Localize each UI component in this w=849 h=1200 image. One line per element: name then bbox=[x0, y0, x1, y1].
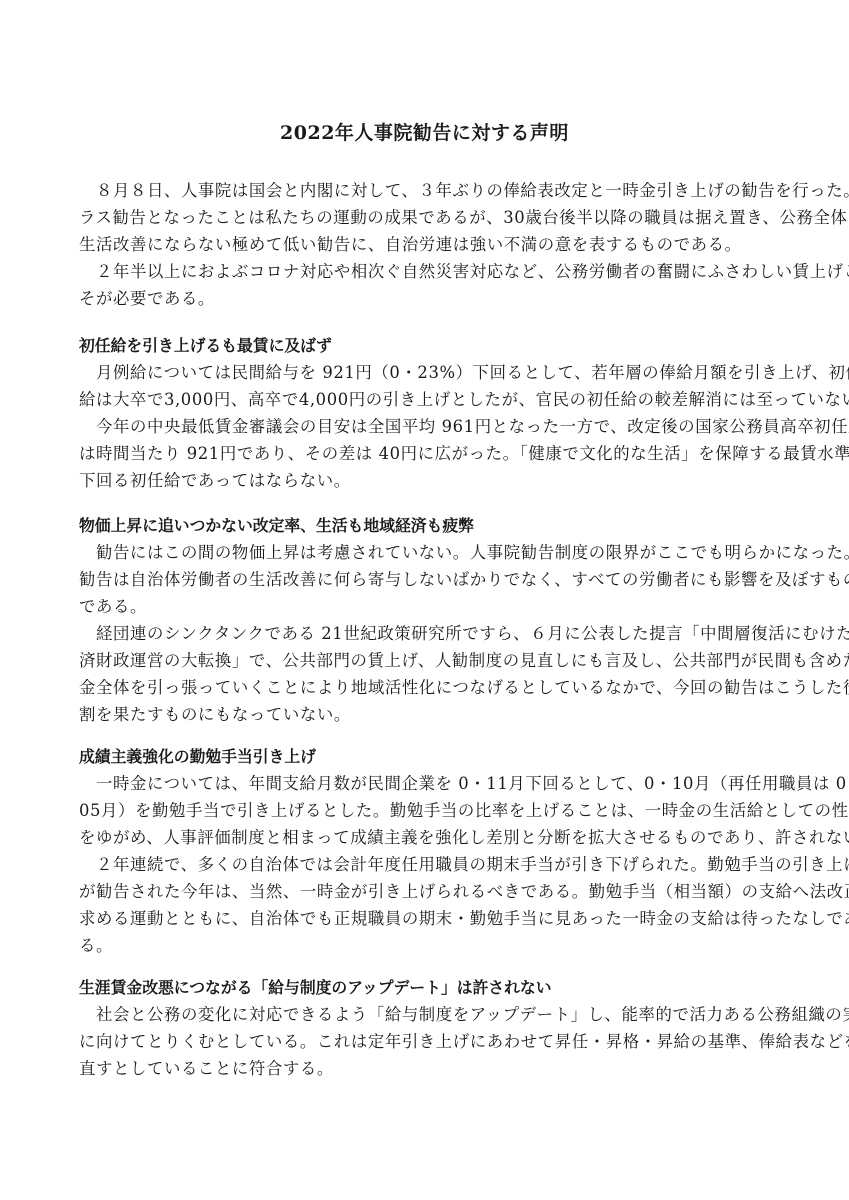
text-line: 社会と公務の変化に対応できるよう「給与制度をアップデート」し、能率的で活力ある公… bbox=[79, 1001, 779, 1028]
text-line: 一時金については、年間支給月数が民間企業を 0・11月下回るとして、0・10月（… bbox=[79, 770, 779, 797]
text-line: ラス勧告となったことは私たちの運動の成果であるが、30歳台後半以降の職員は据え置… bbox=[79, 204, 779, 231]
text-line: そが必要である。 bbox=[79, 285, 779, 312]
text-line: 05月）を勤勉手当で引き上げるとした。勤勉手当の比率を上げることは、一時金の生活… bbox=[79, 797, 779, 824]
text-line: ２年半以上におよぶコロナ対応や相次ぐ自然災害対応など、公務労働者の奮闘にふさわし… bbox=[79, 258, 779, 285]
document-title: 2022年人事院勧告に対する声明 bbox=[0, 118, 849, 145]
text-line: が勧告された今年は、当然、一時金が引き上げられるべきである。勤勉手当（相当額）の… bbox=[79, 878, 779, 905]
text-line: 割を果たすものにもなっていない。 bbox=[79, 701, 779, 728]
section-heading: 初任給を引き上げるも最賃に及ばず bbox=[79, 332, 779, 359]
section-diligence-allowance: 成績主義強化の勤勉手当引き上げ 一時金については、年間支給月数が民間企業を 0・… bbox=[79, 743, 779, 959]
section-heading: 生涯賃金改悪につながる「給与制度のアップデート」は許されない bbox=[79, 974, 779, 1001]
section-price-rise: 物価上昇に追いつかない改定率、生活も地域経済も疲弊 勧告にはこの間の物価上昇は考… bbox=[79, 512, 779, 728]
document-page: 2022年人事院勧告に対する声明 ８月８日、人事院は国会と内閣に対して、３年ぶり… bbox=[0, 0, 849, 1200]
text-line: る。 bbox=[79, 932, 779, 959]
text-line: 求める運動とともに、自治体でも正規職員の期末・勤勉手当に見あった一時金の支給は待… bbox=[79, 905, 779, 932]
section-salary-system-update: 生涯賃金改悪につながる「給与制度のアップデート」は許されない 社会と公務の変化に… bbox=[79, 974, 779, 1082]
text-line: ８月８日、人事院は国会と内閣に対して、３年ぶりの俸給表改定と一時金引き上げの勧告… bbox=[79, 177, 779, 204]
text-line: に向けてとりくむとしている。これは定年引き上げにあわせて昇任・昇格・昇給の基準、… bbox=[79, 1028, 779, 1055]
text-line: 下回る初任給であってはならない。 bbox=[79, 467, 779, 494]
intro-paragraphs: ８月８日、人事院は国会と内閣に対して、３年ぶりの俸給表改定と一時金引き上げの勧告… bbox=[79, 177, 779, 312]
section-starting-salary: 初任給を引き上げるも最賃に及ばず 月例給については民間給与を 921円（0・23… bbox=[79, 332, 779, 494]
section-heading: 成績主義強化の勤勉手当引き上げ bbox=[79, 743, 779, 770]
text-line: 月例給については民間給与を 921円（0・23%）下回るとして、若年層の俸給月額… bbox=[79, 359, 779, 386]
text-line: 直すとしていることに符合する。 bbox=[79, 1055, 779, 1082]
text-line: 生活改善にならない極めて低い勧告に、自治労連は強い不満の意を表するものである。 bbox=[79, 231, 779, 258]
text-line: ２年連続で、多くの自治体では会計年度任用職員の期末手当が引き下げられた。勤勉手当… bbox=[79, 851, 779, 878]
text-line: 勧告にはこの間の物価上昇は考慮されていない。人事院勧告制度の限界がここでも明らか… bbox=[79, 539, 779, 566]
text-line: 金全体を引っ張っていくことにより地域活性化につなげるとしているなかで、今回の勧告… bbox=[79, 674, 779, 701]
text-line: 今年の中央最低賃金審議会の目安は全国平均 961円となった一方で、改定後の国家公… bbox=[79, 413, 779, 440]
text-line: は時間当たり 921円であり、その差は 40円に広がった。「健康で文化的な生活」… bbox=[79, 440, 779, 467]
text-line: である。 bbox=[79, 593, 779, 620]
text-line: 勧告は自治体労働者の生活改善に何ら寄与しないばかりでなく、すべての労働者にも影響… bbox=[79, 566, 779, 593]
text-line: 経団連のシンクタンクである 21世紀政策研究所ですら、６月に公表した提言「中間層… bbox=[79, 620, 779, 647]
section-heading: 物価上昇に追いつかない改定率、生活も地域経済も疲弊 bbox=[79, 512, 779, 539]
text-line: 給は大卒で3,000円、高卒で4,000円の引き上げとしたが、官民の初任給の較差… bbox=[79, 386, 779, 413]
text-line: 済財政運営の大転換」で、公共部門の賃上げ、人勧制度の見直しにも言及し、公共部門が… bbox=[79, 647, 779, 674]
text-line: をゆがめ、人事評価制度と相まって成績主義を強化し差別と分断を拡大させるものであり… bbox=[79, 824, 779, 851]
